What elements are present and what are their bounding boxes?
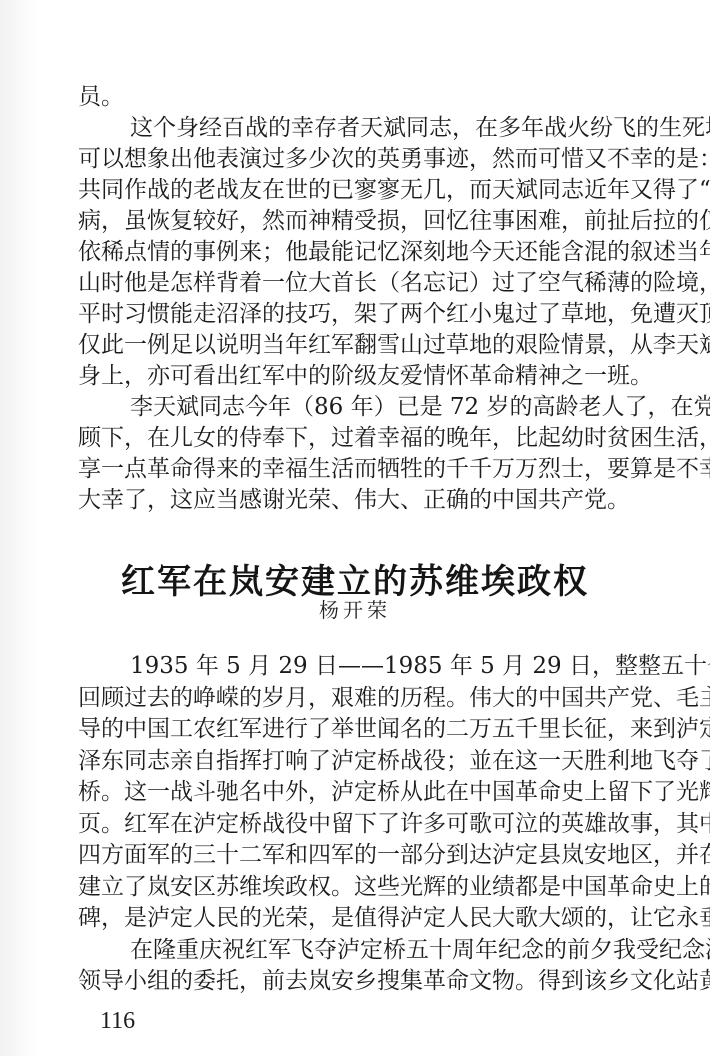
article-author: 杨开荣 [0, 596, 710, 624]
text-line: 病，虽恢复较好，然而神精受损，回忆往事困难，前扯后拉的仅能说出 [78, 206, 666, 237]
text-line: 桥。这一战斗驰名中外，泸定桥从此在中国革命史上留下了光辉的一 [78, 777, 666, 808]
text-line: 员。 [78, 82, 666, 113]
text-line: 导的中国工农红军进行了举世闻名的二万五千里长征，来到泸定，毛 [78, 714, 666, 745]
paragraph-start-line: 在隆重庆祝红军飞夺泸定桥五十周年纪念的前夕我受纪念活动 [130, 935, 666, 966]
text-line: 仅此一例足以说明当年红军翻雪山过草地的艰险情景，从李天斌同志 [78, 330, 666, 361]
text-line: 可以想象出他表演过多少次的英勇事迹，然而可惜又不幸的是：与他 [78, 144, 666, 175]
text-line: 平时习惯能走沼泽的技巧，架了两个红小鬼过了草地，免遭灭顶之灾。 [78, 299, 666, 330]
text-line: 享一点革命得来的幸福生活而牺牲的千千万万烈士，要算是不幸中的 [78, 454, 666, 485]
text-line: 身上，亦可看出红军中的阶级友爱情怀革命精神之一班。 [78, 361, 666, 392]
text-line: 回顾过去的峥嵘的岁月，艰难的历程。伟大的中国共产党、毛主席领 [78, 683, 666, 714]
text-line: 领导小组的委托，前去岚安乡搜集革命文物。得到该乡文化站黄能贵 [78, 966, 666, 997]
paragraph-start-line: 李天斌同志今年（86 年）已是 72 岁的高龄老人了，在党亲切的照 [130, 392, 666, 423]
text-line: 大幸了，这应当感谢光荣、伟大、正确的中国共产党。 [78, 485, 666, 516]
paragraph-start-line: 这个身经百战的幸存者天斌同志，在多年战火纷飞的生死场上， [130, 113, 666, 144]
text-line: 泽东同志亲自指挥打响了泸定桥战役；並在这一天胜利地飞夺了泸定 [78, 746, 666, 777]
text-line: 山时他是怎样背着一位大首长（名忘记）过了空气稀薄的险境，他凭着 [78, 268, 666, 299]
page-number: 116 [100, 1006, 135, 1036]
text-line: 依稀点情的事例来；他最能记忆深刻地今天还能含混的叙述当年过雪 [78, 237, 666, 268]
text-line: 四方面军的三十二军和四军的一部分到达泸定县岚安地区，并在那儿 [78, 840, 666, 871]
book-page: 员。 这个身经百战的幸存者天斌同志，在多年战火纷飞的生死场上， 可以想象出他表演… [0, 0, 710, 1056]
paragraph-start-line: 1935 年 5 月 29 日——1985 年 5 月 29 日，整整五十个年头… [130, 651, 666, 682]
text-line: 页。红军在泸定桥战役中留下了许多可歌可泣的英雄故事，其中，红 [78, 809, 666, 840]
text-line: 共同作战的老战友在世的已寥寥无几，而天斌同志近年又得了“中风” [78, 175, 666, 206]
text-line: 顾下，在儿女的侍奉下，过着幸福的晚年，比起幼时贫困生活，比起没 [78, 423, 666, 454]
text-line: 建立了岚安区苏维埃政权。这些光辉的业绩都是中国革命史上的丰 [78, 872, 666, 903]
text-line: 碑，是泸定人民的光荣，是值得泸定人民大歌大颂的，让它永垂不朽！ [78, 903, 666, 934]
